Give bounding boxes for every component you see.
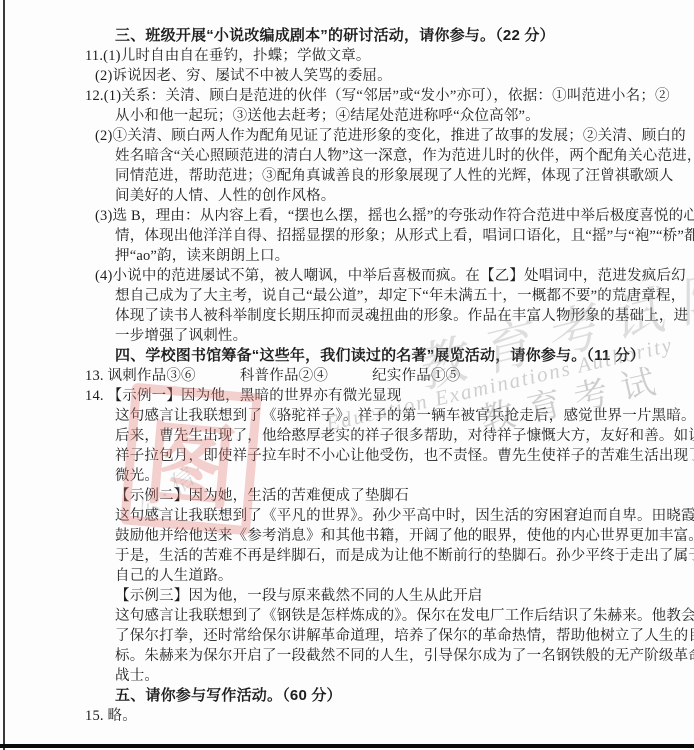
- document-line: 标。朱赫来为保尔开启了一段截然不同的人生，引导保尔成为了一名钢铁般的无产阶级革命: [85, 646, 645, 666]
- document-line: 后来，曹先生出现了，他给憨厚老实的祥子很多帮助，对待祥子慷慨大方，友好和善。如让: [85, 426, 645, 446]
- document-line: 情，体现出他洋洋自得、招摇显摆的形象；从形式上看，唱词口语化，且“摇”与“袍”“…: [85, 226, 645, 246]
- document-line: (4)小说中的范进屡试不第，被人嘲讽，中举后喜极而疯。在【乙】处唱词中，范进发疯…: [85, 266, 645, 286]
- document-line: 这句感言让我联想到了《平凡的世界》。孙少平高中时，因生活的穷困窘迫而自卑。田晓霞: [85, 506, 645, 526]
- document-line: 12.(1)关系：关清、顾白是范进的伙伴（写“邻居”或“发小”亦可），依据：①叫…: [85, 86, 645, 106]
- document-line: 间美好的人情、人性的创作风格。: [85, 186, 645, 206]
- page-left-border: [3, 0, 5, 750]
- page-bottom-border: [0, 744, 694, 748]
- document-line: 于是，生活的苦难不再是绊脚石，而是成为让他不断前行的垫脚石。孙少平终于走出了属于: [85, 546, 645, 566]
- document-line: (3)选 B，理由：从内容上看，“摆也么摆，摇也么摇”的夸张动作符合范进中举后极…: [85, 206, 645, 226]
- document-line: 押“ao”韵，读来朗朗上口。: [85, 246, 645, 266]
- scanned-answer-page: 图 教育考试院 Education Examinations Authority…: [0, 0, 694, 750]
- document-line: 【示例三】因为他，一段与原来截然不同的人生从此开启: [85, 586, 645, 606]
- document-line: 了保尔打拳，还时常给保尔讲解革命道理，培养了保尔的革命热情，帮助他树立了人生的目: [85, 626, 645, 646]
- document-line: 14. 【示例一】因为他，黑暗的世界亦有微光显现: [85, 386, 645, 406]
- document-line: 从小和他一起玩；③送他去赶考；④结尾处范进称呼“众位高邻”。: [85, 106, 645, 126]
- document-line: 体现了读书人被科举制度长期压抑而灵魂扭曲的形象。作品在丰富人物形象的基础上，进: [85, 306, 645, 326]
- document-line: 这句感言让我联想到了《钢铁是怎样炼成的》。保尔在发电厂工作后结识了朱赫来。他教会: [85, 606, 645, 626]
- document-line: 四、学校图书馆筹备“这些年，我们读过的名著”展览活动，请你参与。（11 分）: [85, 346, 645, 366]
- document-line: 这句感言让我联想到了《骆驼祥子》。祥子的第一辆车被官兵抢走后，感觉世界一片黑暗。: [85, 406, 645, 426]
- document-line: 战士。: [85, 666, 645, 686]
- document-line: 15. 略。: [85, 706, 645, 726]
- document-line: 鼓励他并给他送来《参考消息》和其他书籍，开阔了他的眼界，使他的内心世界更加丰富。: [85, 526, 645, 546]
- document-line: 姓名暗含“关心照顾范进的清白人物”这一深意，作为范进儿时的伙伴，两个配角关心范进…: [85, 146, 645, 166]
- document-line: 微光。: [85, 466, 645, 486]
- document-line: 【示例二】因为她，生活的苦难便成了垫脚石: [85, 486, 645, 506]
- document-body: 三、班级开展“小说改编成剧本”的研讨活动，请你参与。（22 分）11.(1)儿时…: [85, 26, 645, 726]
- document-line: 想自己成为了大主考，说自己“最公道”，却定下“年未满五十，一概都不要”的荒唐章程…: [85, 286, 645, 306]
- document-line: 祥子拉包月，即使祥子拉车时不小心让他受伤，也不责怪。曹先生使祥子的苦难生活出现了: [85, 446, 645, 466]
- document-line: 11.(1)儿时自由自在垂钓，扑蝶；学做文章。: [85, 46, 645, 66]
- document-line: (2)诉说因老、穷、屡试不中被人笑骂的委屈。: [85, 66, 645, 86]
- document-line: 13. 讽刺作品③⑥ 科普作品②④ 纪实作品①⑤: [85, 366, 645, 386]
- document-line: 五、请你参与写作活动。（60 分）: [85, 686, 645, 706]
- document-line: 三、班级开展“小说改编成剧本”的研讨活动，请你参与。（22 分）: [85, 26, 645, 46]
- document-line: 自己的人生道路。: [85, 566, 645, 586]
- document-line: (2)①关清、顾白两人作为配角见证了范进形象的变化，推进了故事的发展；②关清、顾…: [85, 126, 645, 146]
- document-line: 同情范进，帮助范进；③配角真诚善良的形象展现了人性的光辉，体现了汪曾祺歌颂人: [85, 166, 645, 186]
- document-line: 一步增强了讽刺性。: [85, 326, 645, 346]
